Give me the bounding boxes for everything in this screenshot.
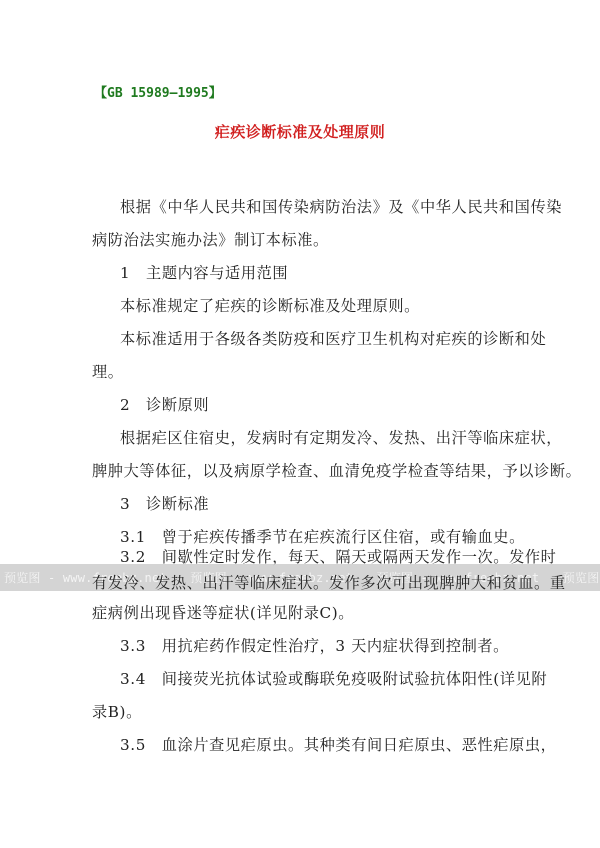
watermark-segment: 预览图 - www.freebz.net bbox=[563, 571, 600, 585]
clause-3-1: 3.1 曾于疟疾传播季节在疟疾流行区住宿，或有输血史。 bbox=[120, 527, 544, 547]
clause-3-3: 3.3 用抗疟药作假定性治疗，3 天内症状得到控制者。 bbox=[120, 636, 544, 656]
paragraph-line: 理。 bbox=[92, 362, 516, 382]
paragraph-line: 有发冷、发热、出汗等临床症状。发作多次可出现脾肿大和贫血。重 bbox=[92, 573, 516, 593]
paragraph-line: 病防治法实施办法》制订本标准。 bbox=[92, 230, 516, 250]
paragraph-line: 脾肿大等体征，以及病原学检查、血清免疫学检查等结果，予以诊断。 bbox=[92, 461, 516, 481]
paragraph-line: 症病例出现昏迷等症状(详见附录C)。 bbox=[92, 603, 516, 623]
paragraph-line: 根据《中华人民共和国传染病防治法》及《中华人民共和国传染 bbox=[120, 197, 544, 217]
section-heading-1: 1 主题内容与适用范围 bbox=[120, 263, 544, 283]
paragraph-line: 本标准适用于各级各类防疫和医疗卫生机构对疟疾的诊断和处 bbox=[120, 329, 544, 349]
clause-3-4: 3.4 间接荧光抗体试验或酶联免疫吸附试验抗体阳性(详见附 bbox=[120, 669, 544, 689]
clause-3-5: 3.5 血涂片查见疟原虫。其种类有间日疟原虫、恶性疟原虫， bbox=[120, 735, 544, 755]
paragraph-line: 录B)。 bbox=[92, 702, 516, 722]
section-heading-2: 2 诊断原则 bbox=[120, 395, 544, 415]
paragraph-line: 本标准规定了疟疾的诊断标准及处理原则。 bbox=[120, 296, 544, 316]
paragraph-line: 根据疟区住宿史，发病时有定期发冷、发热、出汗等临床症状， bbox=[120, 428, 544, 448]
document-page: 【GB 15989—1995】 疟疾诊断标准及处理原则 根据《中华人民共和国传染… bbox=[0, 0, 600, 848]
document-title: 疟疾诊断标准及处理原则 bbox=[0, 121, 600, 142]
standard-code: 【GB 15989—1995】 bbox=[94, 82, 222, 101]
section-heading-3: 3 诊断标准 bbox=[120, 494, 544, 514]
